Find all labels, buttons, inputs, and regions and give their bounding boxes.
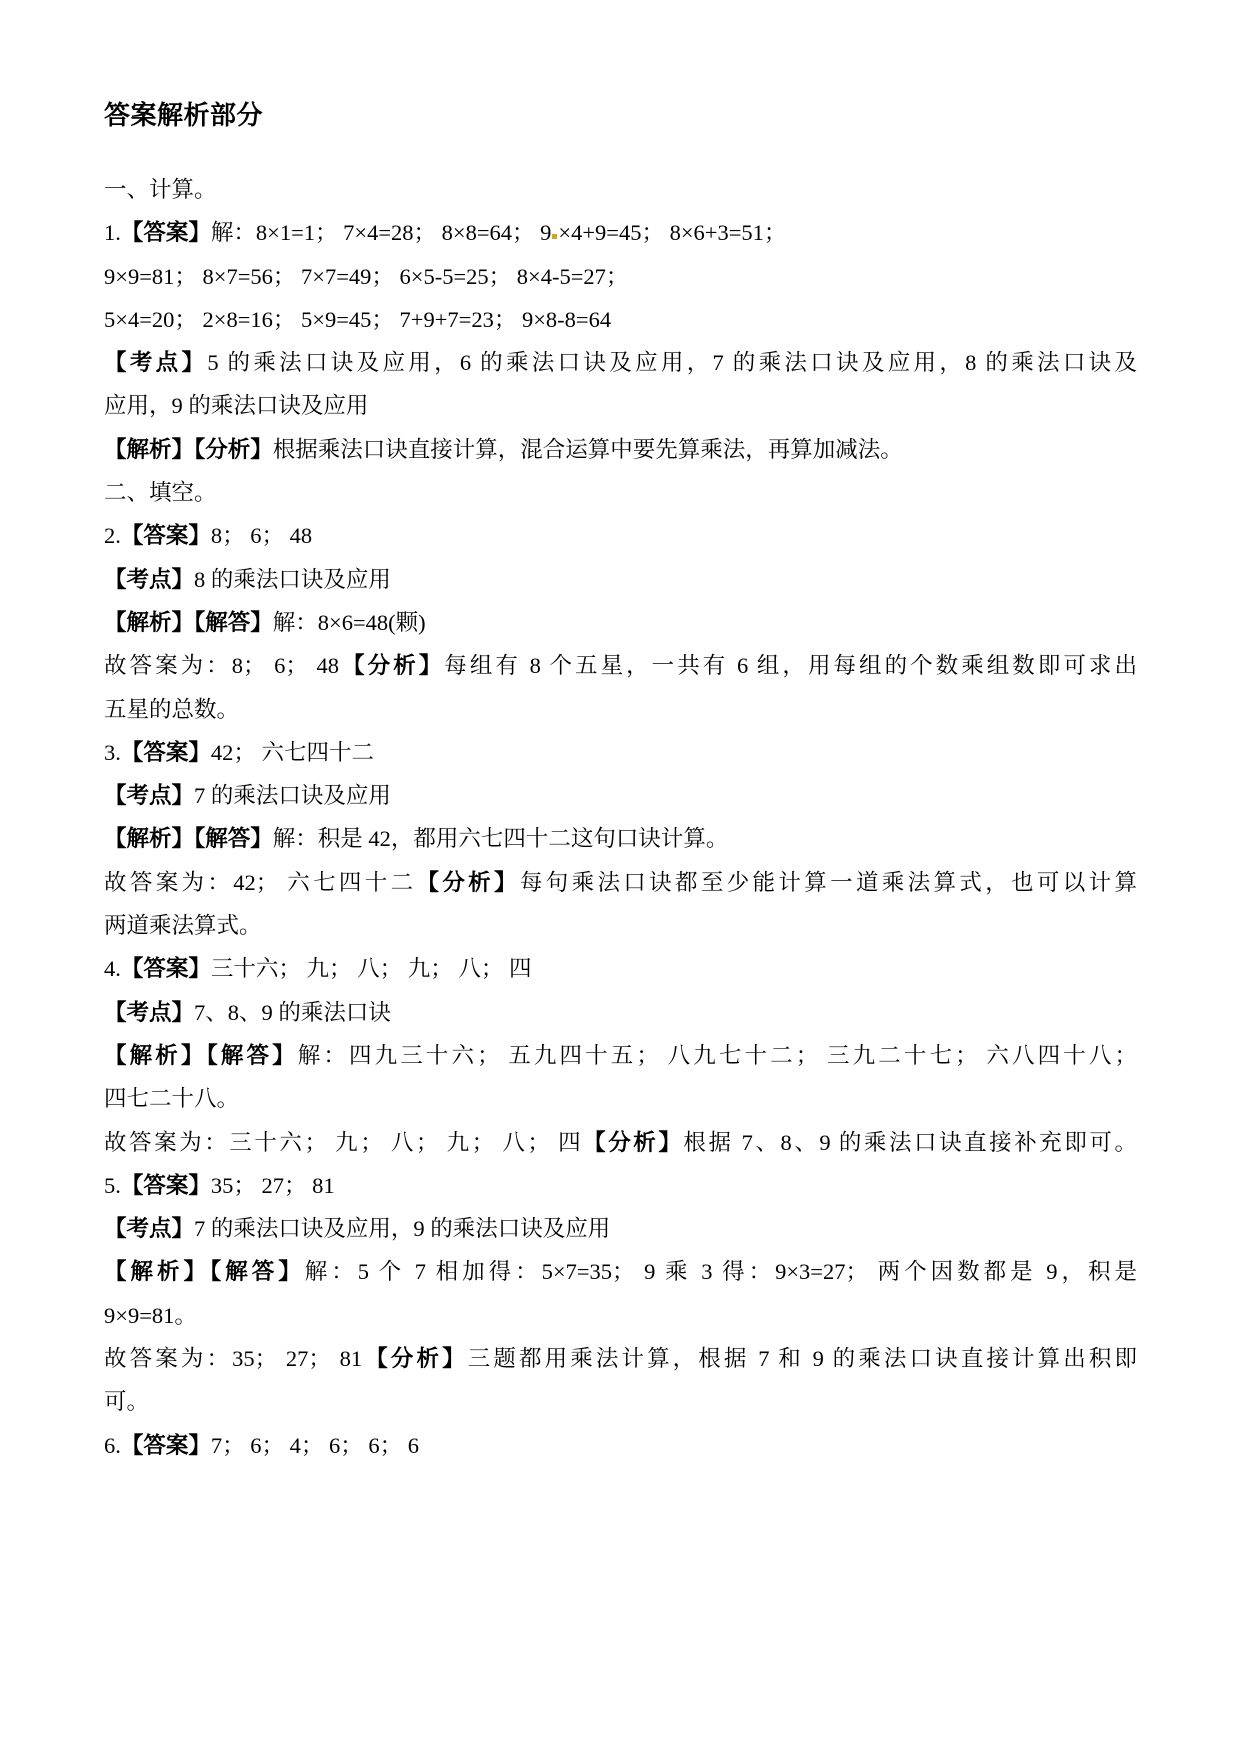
line-sec1-heading: 一、计算。 [104,168,1137,211]
line-q2-answer: 2.【答案】8； 6； 48 [104,514,1137,557]
text-segment: 9×9=81； 8×7=56； 7×7=49； 6×5-5=25； 8×4-5=… [104,264,628,289]
text-segment: 4. [104,956,121,981]
text-segment: 【答案】 [121,220,211,245]
text-segment: 【分析】 [362,1346,468,1371]
text-segment: 7； 6； 4； 6； 6； 6 [211,1433,419,1458]
text-segment: 【分析】 [583,1130,683,1155]
text-segment: 【考点】 [104,567,194,592]
text-segment: 【解答】 [194,826,273,851]
text-segment: 【考点】 [104,783,194,808]
annotation-dot-icon [552,234,557,239]
line-q5-analysis: 故答案为：35； 27； 81【分析】三题都用乘法计算，根据 7 和 9 的乘法… [104,1337,1137,1380]
text-segment: 三题都用乘法计算，根据 7 和 9 的乘法口诀直接计算出积即 [468,1346,1137,1371]
text-segment: 一、计算。 [104,177,217,202]
text-segment: 故答案为：35； 27； 81 [104,1346,362,1371]
text-segment: 【答案】 [121,1173,211,1198]
line-q1-analysis: 【解析】【分析】根据乘法口诀直接计算，混合运算中要先算乘法，再算加减法。 [104,428,1137,471]
text-segment: 5×4=20； 2×8=16； 5×9=45； 7+9+7=23； 9×8-8=… [104,307,611,332]
line-q2-analysis: 故答案为：8； 6； 48【分析】每组有 8 个五星，一共有 6 组，用每组的个… [104,644,1137,687]
text-segment: 【解答】 [210,1259,305,1284]
text-segment: 【分析】 [416,870,519,895]
text-segment: 【答案】 [121,1433,211,1458]
text-segment: 6. [104,1433,121,1458]
text-segment: 三十六； 九； 八； 九； 八； 四 [211,956,532,981]
text-segment: 解：四九三十六； 五九四十五； 八九七十二； 三九二十七； 六八四十八； [298,1043,1137,1068]
text-segment: 根据乘法口诀直接计算，混合运算中要先算乘法，再算加减法。 [273,437,903,462]
line-q1-answer: 1.【答案】解：8×1=1； 7×4=28； 8×8=64； 9×4+9=45；… [104,211,1137,254]
text-segment: 【分析】 [194,437,273,462]
text-segment: 7 的乘法口诀及应用 [194,783,391,808]
text-segment: 7 的乘法口诀及应用，9 的乘法口诀及应用 [194,1216,610,1241]
line-q1-points: 【考点】5 的乘法口诀及应用，6 的乘法口诀及应用，7 的乘法口诀及应用，8 的… [104,341,1137,384]
line-q4-analysis: 故答案为：三十六； 九； 八； 九； 八； 四【分析】根据 7、8、9 的乘法口… [104,1121,1137,1164]
text-segment: 解：5 个 7 相加得：5×7=35； 9 乘 3 得：9×3=27； 两个因数… [305,1259,1137,1284]
line-sec2-heading: 二、填空。 [104,471,1137,514]
text-segment: 9×9=81。 [104,1303,197,1328]
text-segment: 每组有 8 个五星，一共有 6 组，用每组的个数乘组数即可求出 [444,653,1137,678]
line-q1-answer-cont1: 9×9=81； 8×7=56； 7×7=49； 6×5-5=25； 8×4-5=… [104,255,1137,298]
text-segment: 根据 7、8、9 的乘法口诀直接补充即可。 [683,1130,1137,1155]
text-segment: 【答案】 [121,956,211,981]
text-segment: 可。 [104,1389,149,1414]
text-segment: 8 的乘法口诀及应用 [194,567,391,592]
text-segment: 每句乘法口诀都至少能计算一道乘法算式，也可以计算 [520,870,1137,895]
text-segment: 故答案为：42； 六七四十二 [104,870,416,895]
line-q3-analysis: 故答案为：42； 六七四十二【分析】每句乘法口诀都至少能计算一道乘法算式，也可以… [104,861,1137,904]
line-q5-answer: 5.【答案】35； 27； 81 [104,1164,1137,1207]
text-segment: 【考点】 [104,350,207,375]
text-segment: 解：8×6=48(颗) [273,610,426,635]
line-q4-answer: 4.【答案】三十六； 九； 八； 九； 八； 四 [104,947,1137,990]
text-segment: 【分析】 [339,653,444,678]
page-title: 答案解析部分 [104,99,1137,133]
text-segment: 应用，9 的乘法口诀及应用 [104,393,368,418]
line-q3-explain: 【解析】【解答】解：积是 42，都用六七四十二这句口诀计算。 [104,817,1137,860]
text-segment: 故答案为：8； 6； 48 [104,653,339,678]
line-q4-points: 【考点】7、8、9 的乘法口诀 [104,991,1137,1034]
text-segment: 四七二十八。 [104,1086,239,1111]
text-segment: 解：8×1=1； 7×4=28； 8×8=64； 9 [211,220,552,245]
text-segment: 【答案】 [121,740,211,765]
text-segment: ×4+9=45； 8×6+3=51； [558,220,786,245]
text-segment: 3. [104,740,121,765]
line-q6-answer: 6.【答案】7； 6； 4； 6； 6； 6 [104,1424,1137,1467]
text-segment: 【解析】 [104,826,194,851]
line-q5-analysis-cont: 可。 [104,1380,1137,1423]
line-q4-explain-cont: 四七二十八。 [104,1077,1137,1120]
text-segment: 7、8、9 的乘法口诀 [194,1000,391,1025]
text-segment: 二、填空。 [104,480,217,505]
line-q5-points: 【考点】7 的乘法口诀及应用，9 的乘法口诀及应用 [104,1207,1137,1250]
text-segment: 35； 27； 81 [211,1173,335,1198]
document-content: 答案解析部分 一、计算。 1.【答案】解：8×1=1； 7×4=28； 8×8=… [104,99,1137,1467]
line-q5-explain-cont: 9×9=81。 [104,1294,1137,1337]
text-segment: 【解答】 [194,610,273,635]
text-segment: 【解析】 [104,437,194,462]
line-q4-explain: 【解析】【解答】解：四九三十六； 五九四十五； 八九七十二； 三九二十七； 六八… [104,1034,1137,1077]
text-segment: 解：积是 42，都用六七四十二这句口诀计算。 [273,826,729,851]
text-segment: 【答案】 [121,523,211,548]
line-q3-analysis-cont: 两道乘法算式。 [104,904,1137,947]
line-q2-points: 【考点】8 的乘法口诀及应用 [104,558,1137,601]
text-segment: 【解析】 [104,610,194,635]
text-segment: 2. [104,523,121,548]
line-q1-answer-cont2: 5×4=20； 2×8=16； 5×9=45； 7+9+7=23； 9×8-8=… [104,298,1137,341]
text-segment: 两道乘法算式。 [104,913,262,938]
line-q3-answer: 3.【答案】42； 六七四十二 [104,731,1137,774]
line-q2-explain: 【解析】【解答】解：8×6=48(颗) [104,601,1137,644]
document-page: 答案解析部分 一、计算。 1.【答案】解：8×1=1； 7×4=28； 8×8=… [0,0,1241,1754]
line-q3-points: 【考点】7 的乘法口诀及应用 [104,774,1137,817]
text-segment: 8； 6； 48 [211,523,312,548]
line-q2-analysis-cont: 五星的总数。 [104,688,1137,731]
text-segment: 5. [104,1173,121,1198]
text-segment: 【解析】 [104,1259,210,1284]
line-q5-explain: 【解析】【解答】解：5 个 7 相加得：5×7=35； 9 乘 3 得：9×3=… [104,1250,1137,1293]
line-q1-points-cont: 应用，9 的乘法口诀及应用 [104,384,1137,427]
text-segment: 【解析】 [104,1043,206,1068]
text-segment: 42； 六七四十二 [211,740,374,765]
text-segment: 【解答】 [206,1043,297,1068]
text-segment: 故答案为：三十六； 九； 八； 九； 八； 四 [104,1130,583,1155]
text-segment: 5 的乘法口诀及应用，6 的乘法口诀及应用，7 的乘法口诀及应用，8 的乘法口诀… [207,350,1137,375]
text-segment: 【考点】 [104,1216,194,1241]
text-segment: 五星的总数。 [104,697,239,722]
text-segment: 1. [104,220,121,245]
text-segment: 【考点】 [104,1000,194,1025]
